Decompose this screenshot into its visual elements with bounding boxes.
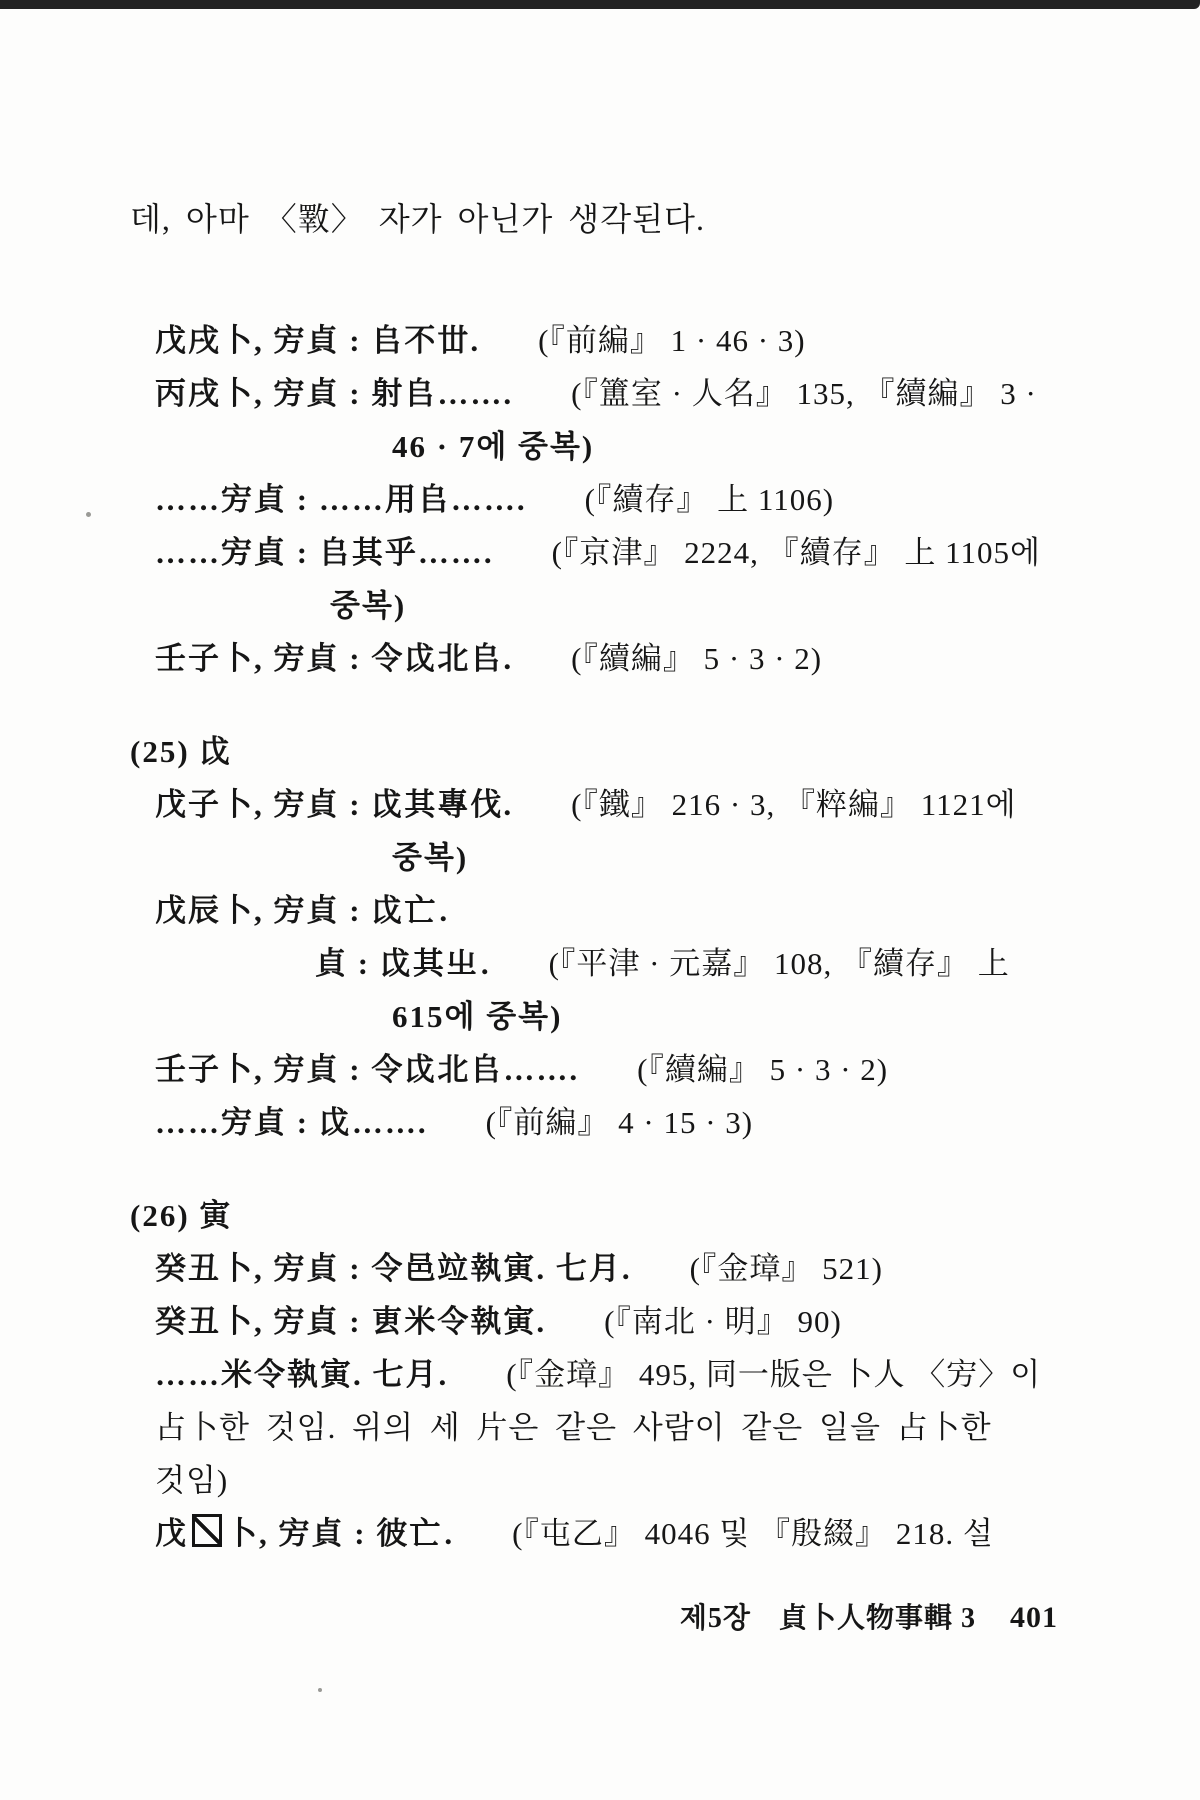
text-line: 중복) — [330, 579, 1075, 632]
text-line: ……㝑貞 : 戉…….(『前編』 4 · 15 · 3) — [155, 1096, 1075, 1149]
scan-speck — [86, 512, 91, 517]
line-text: 丙戌卜, 㝑貞 : 射𠂤……. — [155, 376, 513, 411]
line-text: 戊戌卜, 㝑貞 : 𠂤不丗. — [155, 323, 480, 358]
line-text: ……㝑貞 : 𠂤其乎……. — [155, 535, 494, 570]
citation: (『續存』 上 1106) — [585, 482, 835, 517]
line-text: 壬子卜, 㝑貞 : 令戉北𠂤……. — [155, 1052, 579, 1087]
text-line: 壬子卜, 㝑貞 : 令戉北𠂤…….(『續編』 5 · 3 · 2) — [155, 1043, 1075, 1096]
scanned-book-page: 데, 아마 〈斁〉 자가 아닌가 생각된다. 戊戌卜, 㝑貞 : 𠂤不丗.(『前… — [0, 0, 1200, 1800]
lacuna-box-glyph — [192, 1514, 222, 1547]
footer-book-title: 貞卜人物事輯 3 — [779, 1603, 976, 1634]
citation: (『金璋』 521) — [690, 1251, 883, 1286]
line-text: (26) 寅 — [130, 1198, 232, 1233]
text-line: ……㝑貞 : 𠂤其乎…….(『京津』 2224, 『續存』 上 1105에 — [155, 526, 1075, 579]
running-footer: 제5장貞卜人物事輯 3401 — [680, 1596, 1058, 1636]
section-heading: (26) 寅 — [130, 1189, 1075, 1242]
line-text: 貞 : 戉其㞢𡆥. — [315, 946, 491, 981]
citation: (『前編』 4 · 15 · 3) — [486, 1105, 754, 1140]
page-content: 데, 아마 〈斁〉 자가 아닌가 생각된다. 戊戌卜, 㝑貞 : 𠂤不丗.(『前… — [130, 196, 1075, 1560]
text-line: 癸丑卜, 㝑貞 : 叀米令執寅.(『南北 · 明』 90) — [155, 1295, 1075, 1348]
text-line: 丙戌卜, 㝑貞 : 射𠂤…….(『簠室 · 人名』 135, 『續編』 3 · — [155, 367, 1075, 420]
text-line: ……㝑貞 : ……用𠂤…….(『續存』 上 1106) — [155, 473, 1075, 526]
citation: (『京津』 2224, 『續存』 上 1105에 — [552, 535, 1041, 570]
citation: (『鐵』 216 · 3, 『粹編』 1121에 — [571, 787, 1016, 822]
footer-page-number: 401 — [1010, 1601, 1058, 1634]
text-line: 貞 : 戉其㞢𡆥.(『平津 · 元嘉』 108, 『續存』 上 — [315, 937, 1075, 990]
line-text: 戊辰卜, 㝑貞 : 戉亡𡆥. — [155, 893, 449, 928]
citation: (『續編』 5 · 3 · 2) — [637, 1052, 888, 1087]
scan-edge-artifact — [0, 0, 1200, 9]
inscription-lines: 戊戌卜, 㝑貞 : 𠂤不丗.(『前編』 1 · 46 · 3)丙戌卜, 㝑貞 :… — [130, 314, 1075, 1560]
line-text: ……㝑貞 : ……用𠂤……. — [155, 482, 527, 517]
text-line: 癸丑卜, 㝑貞 : 令邑竝執寅. 七月.(『金璋』 521) — [155, 1242, 1075, 1295]
citation: (『南北 · 明』 90) — [604, 1304, 842, 1339]
line-text: 戊子卜, 㝑貞 : 戉其專伐. — [155, 787, 513, 822]
line-text: 壬子卜, 㝑貞 : 令戉北𠂤. — [155, 641, 513, 676]
citation: (『簠室 · 人名』 135, 『續編』 3 · — [571, 376, 1037, 411]
text-line: ……米令執寅. 七月.(『金璋』 495, 同一版은 卜人 〈㝑〉이 — [155, 1348, 1075, 1401]
line-text: 癸丑卜, 㝑貞 : 叀米令執寅. — [155, 1304, 546, 1339]
line-text: 615에 중복) — [392, 999, 562, 1034]
text-line: 것임) — [155, 1454, 1075, 1507]
intro-paragraph: 데, 아마 〈斁〉 자가 아닌가 생각된다. — [130, 196, 1075, 242]
line-text: 46 · 7에 중복) — [392, 429, 594, 464]
line-text: ……㝑貞 : 戉……. — [155, 1105, 428, 1140]
line-text: 癸丑卜, 㝑貞 : 令邑竝執寅. 七月. — [155, 1251, 632, 1286]
line-text: 占卜한 것임. 위의 세 片은 같은 사람이 같은 일을 占卜한 — [155, 1410, 992, 1445]
text-line: 壬子卜, 㝑貞 : 令戉北𠂤.(『續編』 5 · 3 · 2) — [155, 632, 1075, 685]
citation: (『屯乙』 4046 및 『殷綴』 218. 설 — [512, 1516, 994, 1551]
text-line: 戊戌卜, 㝑貞 : 𠂤不丗.(『前編』 1 · 46 · 3) — [155, 314, 1075, 367]
text-line: 戊卜, 㝑貞 : 彼亡𡆥.(『屯乙』 4046 및 『殷綴』 218. 설 — [155, 1507, 1075, 1560]
text-line: 615에 중복) — [392, 990, 1075, 1043]
text-line: 占卜한 것임. 위의 세 片은 같은 사람이 같은 일을 占卜한 — [155, 1401, 1075, 1454]
line-text: 戊卜, 㝑貞 : 彼亡𡆥. — [155, 1516, 454, 1551]
line-text: 것임) — [155, 1463, 228, 1498]
text-line: 46 · 7에 중복) — [392, 420, 1075, 473]
line-text: (25) 戉 — [130, 734, 232, 769]
text-line: 戊子卜, 㝑貞 : 戉其專伐.(『鐵』 216 · 3, 『粹編』 1121에 — [155, 778, 1075, 831]
line-text: 중복) — [392, 840, 468, 875]
text-line: 중복) — [392, 831, 1075, 884]
line-text: 중복) — [330, 588, 406, 623]
footer-chapter-label: 제5장 — [680, 1603, 751, 1634]
citation: (『前編』 1 · 46 · 3) — [538, 323, 806, 358]
citation: (『平津 · 元嘉』 108, 『續存』 上 — [549, 946, 1010, 981]
section-heading: (25) 戉 — [130, 725, 1075, 778]
text-line: 戊辰卜, 㝑貞 : 戉亡𡆥. — [155, 884, 1075, 937]
citation: (『金璋』 495, 同一版은 卜人 〈㝑〉이 — [506, 1357, 1041, 1392]
citation: (『續編』 5 · 3 · 2) — [571, 641, 822, 676]
line-text: ……米令執寅. 七月. — [155, 1357, 448, 1392]
scan-speck — [318, 1688, 322, 1692]
